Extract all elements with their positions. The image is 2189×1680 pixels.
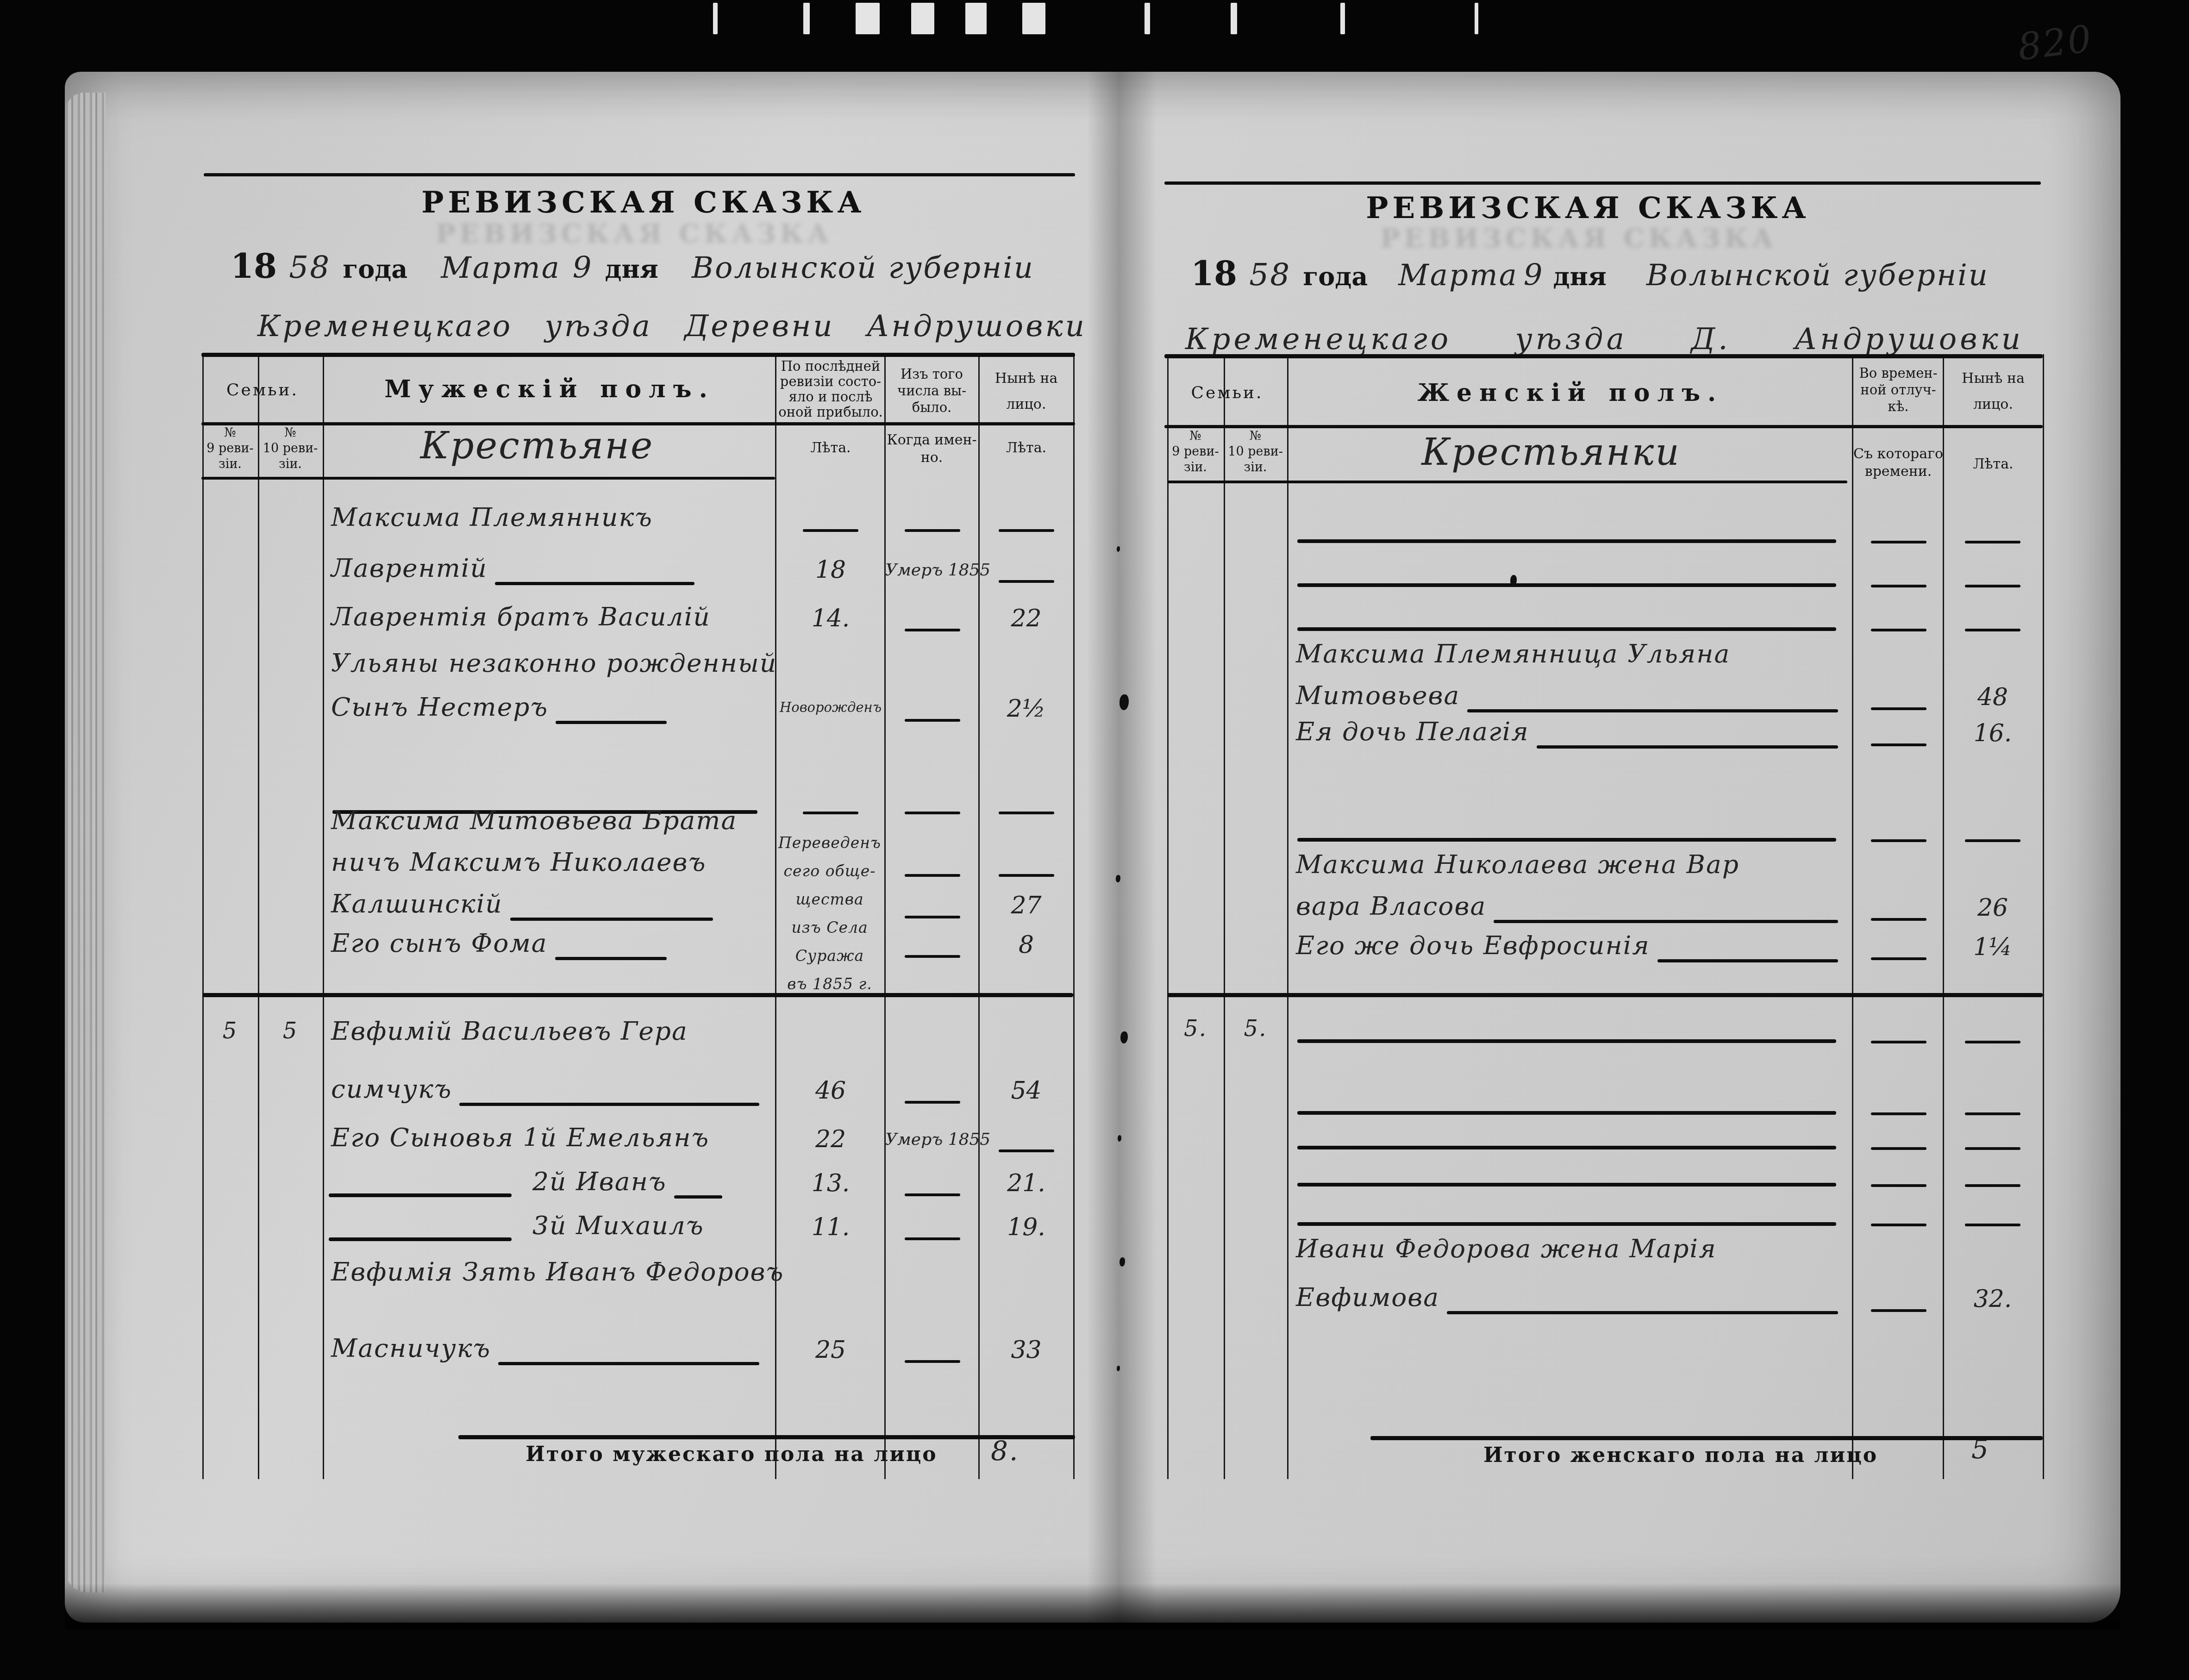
bottom-page-shadow (65, 1583, 2120, 1630)
trailing-fill-line (1447, 1311, 1838, 1314)
cell-value: 11. (776, 1213, 885, 1241)
dash-mark (905, 1193, 960, 1196)
blank-fill-line (1297, 1222, 1836, 1226)
table-row-name: Его же дочь Евфросинія (1296, 931, 1650, 960)
table-row-name: Ульяны незаконно рожденный (331, 648, 777, 678)
cell-value: 21. (979, 1169, 1073, 1197)
cell-value: Умеръ 1855 (885, 1130, 979, 1149)
table-row-name: Ея дочь Пелагія (1296, 717, 1529, 746)
cell-value: 1¼ (1943, 933, 2043, 961)
dash-mark (905, 812, 960, 814)
cell-value: 48 (1943, 683, 2043, 711)
dash-mark (905, 955, 960, 958)
dash-mark (1871, 541, 1926, 543)
dash-mark (999, 580, 1054, 583)
dash-mark (1965, 1041, 2020, 1043)
table-row-name: 2й Иванъ (532, 1167, 667, 1196)
dash-mark (1871, 918, 1926, 921)
cell-value: 14. (776, 605, 885, 632)
table-row-name: Евфимій Васильевъ Гера (331, 1016, 688, 1046)
blank-fill-line (1297, 1039, 1836, 1043)
dash-mark (1871, 585, 1926, 587)
cell-value: 33 (979, 1336, 1073, 1364)
dash-mark (1871, 743, 1926, 746)
dash-mark (1871, 1224, 1926, 1226)
dash-mark (1965, 585, 2020, 587)
table-row-name: ничъ Максимъ Николаевъ (331, 847, 706, 877)
table-row-name: Калшинскій (331, 889, 503, 918)
dash-mark (1871, 1184, 1926, 1187)
cell-value: 18 (776, 556, 885, 584)
dash-mark (1871, 1147, 1926, 1150)
trailing-fill-line (510, 918, 713, 921)
dash-mark (1965, 629, 2020, 631)
trailing-fill-line (555, 957, 667, 960)
table-row-name: Максима Митовьева Брата (331, 806, 737, 835)
cell-value: 27 (979, 892, 1073, 919)
dash-mark (905, 874, 960, 877)
table-row-name: Масничукъ (331, 1333, 491, 1363)
revision10-number: 5. (1224, 1016, 1287, 1042)
cell-value: 8 (979, 931, 1073, 959)
blank-fill-line (1297, 838, 1836, 842)
table-row-name: Максима Николаева жена Вар (1296, 849, 1739, 879)
revision9-number: 5 (202, 1018, 258, 1044)
leading-fill-line (329, 1237, 512, 1241)
table-row-name: вара Власова (1296, 891, 1486, 921)
dash-mark (1871, 629, 1926, 631)
table-row-name: Евфимія Зять Иванъ Федоровъ (331, 1257, 784, 1287)
revision9-number: 5. (1167, 1016, 1224, 1042)
blank-fill-line (1297, 1111, 1836, 1115)
cell-value: 13. (776, 1169, 885, 1197)
table-row-name: Максима Племянникъ (331, 502, 653, 532)
blank-fill-line (1297, 539, 1836, 543)
trailing-fill-line (1657, 959, 1838, 962)
cell-value: 25 (776, 1336, 885, 1364)
dash-mark (999, 812, 1054, 814)
trailing-fill-line (674, 1195, 722, 1199)
dash-mark (1871, 839, 1926, 842)
table-row-name: Его Сыновья 1й Емельянъ (331, 1123, 709, 1152)
dash-mark (905, 629, 960, 631)
blank-fill-line (1297, 583, 1836, 587)
trailing-fill-line (556, 721, 667, 724)
cell-value: 32. (1943, 1285, 2043, 1313)
cell-value: Умеръ 1855 (885, 561, 979, 580)
cell-value: 2½ (979, 695, 1073, 723)
cell-value: 54 (979, 1077, 1073, 1105)
table-rows-layer: Максима ПлемянникъЛаврентій18Умеръ 1855Л… (0, 0, 2189, 1680)
dash-mark (1871, 1041, 1926, 1043)
dash-mark (1965, 839, 2020, 842)
dash-mark (803, 529, 858, 532)
dash-mark (1871, 1309, 1926, 1312)
trailing-fill-line (1467, 709, 1838, 712)
table-row-name: Митовьева (1296, 681, 1460, 710)
table-row-name: 3й Михаилъ (532, 1211, 704, 1240)
trailing-fill-line (495, 582, 694, 585)
cell-value: 46 (776, 1077, 885, 1105)
dash-mark (1871, 707, 1926, 710)
cell-value: 16. (1943, 719, 2043, 747)
table-row-name: Лаврентія братъ Василій (331, 602, 711, 631)
cell-value: 22 (776, 1125, 885, 1153)
leading-fill-line (329, 1193, 512, 1197)
cell-value: 26 (1943, 894, 2043, 922)
cell-value: 22 (979, 605, 1073, 632)
dash-mark (905, 1360, 960, 1363)
dash-mark (905, 916, 960, 918)
table-row-name: Максима Племянница Ульяна (1296, 639, 1730, 668)
dash-mark (1871, 1112, 1926, 1115)
table-row-name: Сынъ Нестеръ (331, 692, 548, 722)
table-row-name: Ивани Федорова жена Марія (1296, 1234, 1717, 1263)
revision10-number: 5 (258, 1018, 323, 1044)
dash-mark (905, 1101, 960, 1104)
cell-value: Новорожденъ (776, 699, 885, 715)
family-separator-line (1167, 993, 2043, 997)
dash-mark (1965, 1147, 2020, 1150)
table-row-name: Евфимова (1296, 1282, 1439, 1312)
dash-mark (1965, 1224, 2020, 1226)
table-row-name: симчукъ (331, 1074, 452, 1104)
trailing-fill-line (1494, 920, 1838, 923)
family-separator-line (202, 993, 1073, 997)
dash-mark (905, 529, 960, 532)
dash-mark (999, 1149, 1054, 1152)
dash-mark (905, 719, 960, 722)
blank-fill-line (1297, 1183, 1836, 1187)
scanned-census-book-spread: 820 РЕВИЗСКАЯ СКАЗКА РЕВИЗСКАЯ СКАЗКА 18… (0, 0, 2189, 1680)
trailing-fill-line (1537, 745, 1838, 749)
trailing-fill-line (459, 1103, 759, 1106)
table-row-name: Лаврентій (331, 553, 488, 583)
dash-mark (905, 1237, 960, 1240)
trailing-fill-line (498, 1362, 759, 1365)
dash-mark (999, 529, 1054, 532)
blank-fill-line (1297, 627, 1836, 631)
blank-fill-line (1297, 1146, 1836, 1149)
table-row-name: Его сынъ Фома (331, 928, 548, 958)
dash-mark (999, 874, 1054, 877)
cell-value: 19. (979, 1213, 1073, 1241)
dash-mark (1871, 957, 1926, 960)
dash-mark (1965, 1112, 2020, 1115)
dash-mark (1965, 1184, 2020, 1187)
dash-mark (1965, 541, 2020, 543)
dash-mark (803, 812, 858, 814)
